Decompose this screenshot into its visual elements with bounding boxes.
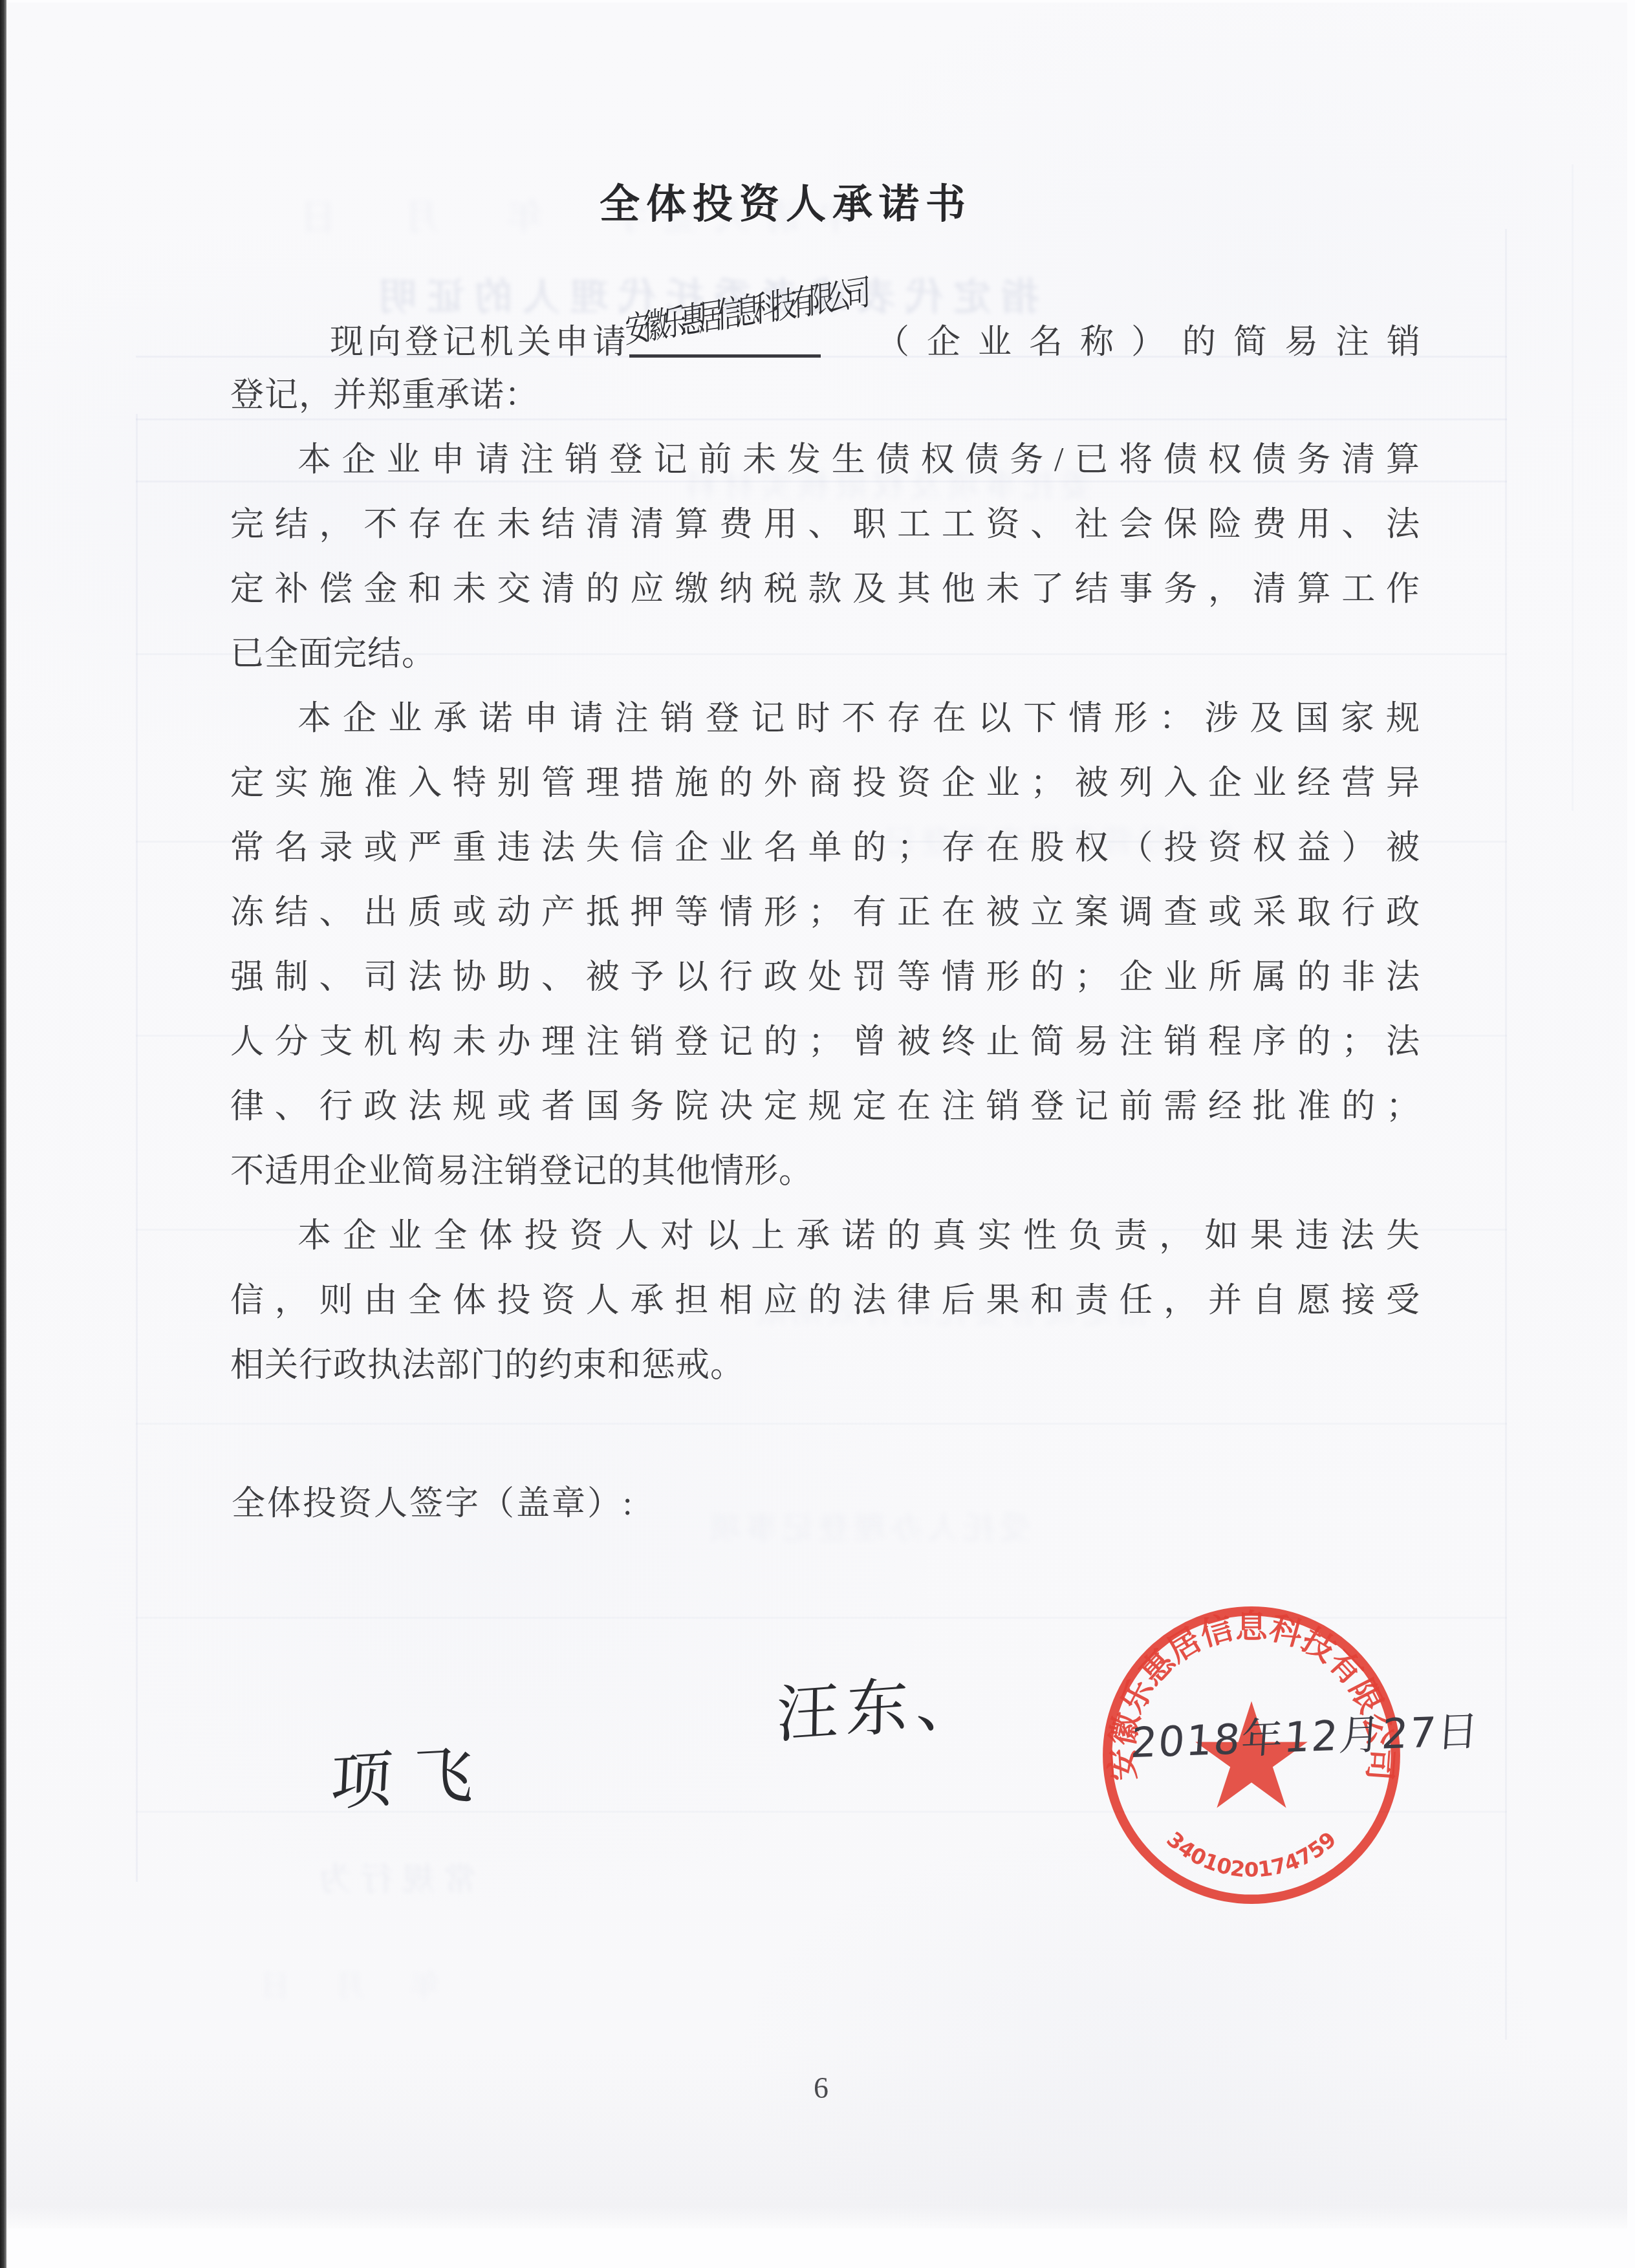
line1-prefix-text: 现向登记机关申请 <box>330 314 630 363</box>
body-line: 人分支机构未办理注销登记的；曾被终止简易注销程序的；法 <box>230 1010 1420 1075</box>
body-line-fill-in: 现向登记机关申请 安徽乐惠居信息科技有限公司 （企业名称）的简易注销 <box>230 299 1420 363</box>
body-line: 已全面完结。 <box>230 622 1420 687</box>
bleedthrough-text: 常规行为 <box>310 1853 476 1900</box>
bleedthrough-text: 年 月 日 <box>252 1962 440 2005</box>
body-line: 信，则由全体投资人承担相应的法律后果和责任，并自愿接受 <box>230 1269 1420 1334</box>
body-text: 登记，并郑重承诺： 本企业申请注销登记前未发生债权债务/已将债权债务清算 完结，… <box>230 363 1420 1398</box>
body-line: 不适用企业简易注销登记的其他情形。 <box>230 1139 1420 1204</box>
handwritten-date: 2018年12月27日 <box>1129 1698 1482 1769</box>
paper-sheet: 申请人签字 年 月 日 指定代表或者委托代理人的证明 委托事项及权限核实材料 企… <box>6 3 1627 2229</box>
bleedthrough-line <box>136 1423 1507 1425</box>
bleedthrough-line <box>136 414 138 1882</box>
body-line: 定补偿金和未交清的应缴纳税款及其他未了结事务，清算工作 <box>230 557 1420 622</box>
scanner-edge-shadow <box>0 0 6 2268</box>
handwritten-signature-wangdong: 汪东、 <box>776 1651 987 1755</box>
scanned-document: { "document": { "title": "全体投资人承诺书", "li… <box>0 0 1635 2268</box>
company-name-blank-underline: 安徽乐惠居信息科技有限公司 <box>629 299 821 358</box>
handwritten-signature-xiangfei: 项飞 <box>329 1725 496 1822</box>
body-line: 定实施准入特别管理措施的外商投资企业；被列入企业经营异 <box>230 751 1420 816</box>
body-line: 律、行政法规或者国务院决定规定在注销登记前需经批准的； <box>230 1075 1420 1139</box>
body-line: 登记，并郑重承诺： <box>230 363 1420 428</box>
seal-number: 3401020174759 <box>1162 1827 1341 1882</box>
body-line: 本企业申请注销登记前未发生债权债务/已将债权债务清算 <box>230 428 1420 493</box>
document-title: 全体投资人承诺书 <box>139 172 1433 230</box>
bleedthrough-line <box>1505 229 1507 2040</box>
body-line: 相关行政执法部门的约束和惩戒。 <box>230 1334 1420 1398</box>
body-line: 完结，不存在未结清清算费用、职工工资、社会保险费用、法 <box>230 493 1420 557</box>
page-number: 6 <box>814 2071 828 2105</box>
bleedthrough-line <box>1572 164 1574 811</box>
body-line: 常名录或严重违法失信企业名单的；存在股权（投资权益）被 <box>230 816 1420 881</box>
bleedthrough-text: 受托人办理登记事项 <box>705 1503 1031 1548</box>
body-line: 本企业全体投资人对以上承诺的真实性负责，如果违法失 <box>230 1204 1420 1269</box>
body-line: 强制、司法协助、被予以行政处罚等情形的；企业所属的非法 <box>230 945 1420 1010</box>
body-line: 本企业承诺申请注销登记时不存在以下情形：涉及国家规 <box>230 687 1420 751</box>
signature-section-label: 全体投资人签字（盖章）: <box>232 1476 634 1524</box>
body-line: 冻结、出质或动产抵押等情形；有正在被立案调查或采取行政 <box>230 881 1420 945</box>
line1-suffix-text: （企业名称）的简易注销 <box>876 314 1438 363</box>
